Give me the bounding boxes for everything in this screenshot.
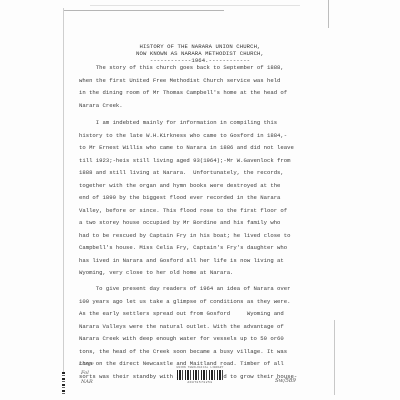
body-line: had to be rescued by Captain Fry in his … bbox=[79, 230, 319, 243]
scan-artifact-line bbox=[64, 10, 224, 11]
body-line: The story of this church goes back to Se… bbox=[79, 62, 319, 75]
margin-scan-marks bbox=[62, 372, 65, 394]
body-line: To give present day readers of 1964 an i… bbox=[79, 283, 319, 296]
body-line: Campbell's house. Miss Celia Fry, Captai… bbox=[79, 242, 319, 255]
body-line: in the dining room of Mr Thomas Campbell… bbox=[79, 87, 319, 100]
body-line: when the first United Free Methodist Chu… bbox=[79, 75, 319, 88]
body-line: till 1923;-heis still living aged 93(196… bbox=[79, 155, 319, 168]
body-line: 1888 and still living at Narara. Unfortu… bbox=[79, 167, 319, 180]
page-right-edge bbox=[334, 320, 335, 395]
body-line: Valley, before or since. This flood rose… bbox=[79, 205, 319, 218]
body-line: tons, the head of the Creek soon became … bbox=[79, 346, 319, 359]
body-line: Wyoming, very close to her old home at N… bbox=[79, 267, 319, 280]
barcode-institution: UNION THEOLOGICAL LIBRARY bbox=[175, 366, 225, 369]
body-line: has lived in Narara and Gosford all her … bbox=[79, 255, 319, 268]
scanned-document-page: HISTORY OF THE NARARA UNION CHURCH, NOW … bbox=[0, 0, 400, 400]
page-left-edge bbox=[63, 8, 64, 393]
body-line: 100 years ago let us take a glimpse of c… bbox=[79, 296, 319, 309]
body-line: together with the organ and hymn books w… bbox=[79, 180, 319, 193]
body-line: a two storey house occupied by Mr Bordin… bbox=[79, 217, 319, 230]
body-line: end of 1890 by the biggest flood ever re… bbox=[79, 192, 319, 205]
body-line: Narara Valleys were the natural outlet. … bbox=[79, 321, 319, 334]
handwritten-note: Fol bbox=[81, 370, 89, 376]
page-right-edge bbox=[328, 0, 329, 28]
handwritten-catalog-number: Sw/589 bbox=[275, 378, 296, 384]
body-line: I am indebted mainly for information in … bbox=[79, 117, 319, 130]
document-title-line-1: HISTORY OF THE NARARA UNION CHURCH, bbox=[0, 43, 400, 50]
handwritten-note: NAR bbox=[81, 379, 93, 385]
library-barcode-label: UNION THEOLOGICAL LIBRARY ANUT0570258 bbox=[175, 366, 225, 389]
body-line: As the early settlers spread out from Go… bbox=[79, 308, 319, 321]
body-line: Narara Creek with deep enough water for … bbox=[79, 333, 319, 346]
body-line: Narara Creek. bbox=[79, 100, 319, 113]
barcode-number: ANUT0570258 bbox=[175, 381, 225, 384]
barcode-icon bbox=[177, 370, 223, 380]
handwritten-note: Large bbox=[79, 361, 94, 367]
body-line: to Mr Ernest Willis who came to Narara i… bbox=[79, 142, 319, 155]
scan-artifact-line bbox=[90, 5, 300, 6]
body-line: history to the late W.H.Kirkness who cam… bbox=[79, 130, 319, 143]
